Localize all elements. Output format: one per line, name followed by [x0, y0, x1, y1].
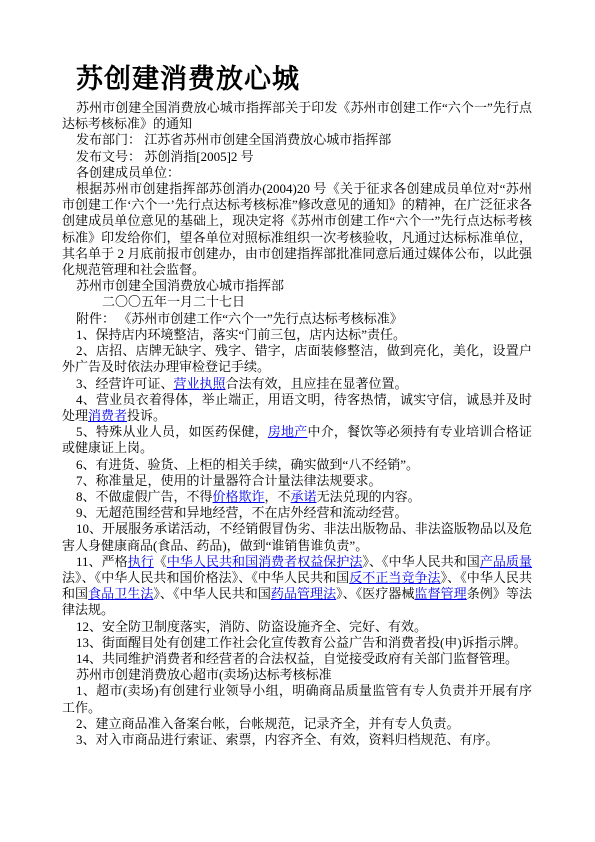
- paragraph: 3、对入市商品进行索证、索票，内容齐全、有效，资料归档规范、有序。: [62, 732, 532, 748]
- text-run: 12、安全防卫制度落实，消防、防盗设施齐全、完好、有效。: [76, 619, 427, 634]
- paragraph: 12、安全防卫制度落实，消防、防盗设施齐全、完好、有效。: [62, 619, 532, 635]
- paragraph: 苏州市创建全国消费放心城市指挥部: [62, 278, 532, 294]
- text-run: 发布部门： 江苏省苏州市创建全国消费放心城市指挥部: [76, 132, 391, 147]
- text-run: 根据苏州市创建指挥部苏创消办(2004)20 号《关于征求各创建成员单位对“苏州…: [62, 181, 532, 277]
- paragraph: 13、街面醒目处有创建工作社会化宣传教育公益广告和消费者投(申)诉指示牌。: [62, 635, 532, 651]
- text-run: ，不: [265, 489, 291, 504]
- text-run: 各创建成员单位：: [76, 165, 180, 180]
- text-run: 苏州市创建消费放心超市(卖场)达标考核标准: [76, 667, 332, 682]
- paragraph: 6、有进货、验货、上柜的相关手续，确实做到“八不经销”。: [62, 457, 532, 473]
- text-run: 发布文号： 苏创消指[2005]2 号: [76, 149, 254, 164]
- text-run: 《: [154, 554, 167, 569]
- page-title: 苏创建消费放心城: [62, 64, 532, 95]
- paragraph: 9、无超范围经营和异地经营，不在店外经营和流动经营。: [62, 505, 532, 521]
- inline-link[interactable]: 房地产: [268, 424, 308, 439]
- paragraph: 14、共同维护消费者和经营者的合法权益，自觉接受政府有关部门监督管理。: [62, 651, 532, 667]
- inline-link[interactable]: 食品卫生法: [88, 586, 153, 601]
- paragraph: 8、不做虚假广告，不得价格欺诈，不承诺无法兑现的内容。: [62, 489, 532, 505]
- text-run: 3、对入市商品进行索证、索票，内容齐全、有效，资料归档规范、有序。: [76, 732, 499, 747]
- paragraph: 苏州市创建消费放心超市(卖场)达标考核标准: [62, 667, 532, 683]
- paragraph: 11、严格执行《中华人民共和国消费者权益保护法》、《中华人民共和国产品质量法》、…: [62, 554, 532, 619]
- text-run: 2、店招、店牌无缺字、残字、错字，店面装修整洁，做到亮化，美化，设置户外广告及时…: [62, 343, 532, 374]
- text-run: 1、超市(卖场)有创建行业领导小组，明确商品质量监管有专人负责并开展有序工作。: [62, 683, 532, 714]
- inline-link[interactable]: 营业执照: [174, 376, 226, 391]
- text-run: 1、保持店内环境整洁，落实“门前三包，店内达标”责任。: [76, 327, 406, 342]
- text-run: 》、《中华人民共和国: [153, 586, 271, 601]
- paragraph: 10、开展服务承诺活动，不经销假冒伪劣、非法出版物品、非法盗版物品以及危害人身健…: [62, 521, 532, 553]
- paragraph: 附件： 《苏州市创建工作“六个一”先行点达标考核标准》: [62, 311, 532, 327]
- document-body: 苏州市创建全国消费放心城市指挥部关于印发《苏州市创建工作“六个一”先行点达标考核…: [62, 100, 532, 748]
- inline-link[interactable]: 监督管理: [415, 586, 467, 601]
- paragraph: 各创建成员单位：: [62, 165, 532, 181]
- text-run: 投诉。: [127, 408, 166, 423]
- text-run: 苏州市创建全国消费放心城市指挥部关于印发《苏州市创建工作“六个一”先行点达标考核…: [62, 100, 532, 131]
- text-run: 法》、《中华人民共和国价格法》、《中华人民共和国: [62, 570, 349, 585]
- text-run: 9、无超范围经营和异地经营，不在店外经营和流动经营。: [76, 505, 408, 520]
- text-run: 合法有效，且应挂在显著位置。: [226, 376, 408, 391]
- text-run: 13、街面醒目处有创建工作社会化宣传教育公益广告和消费者投(申)诉指示牌。: [76, 635, 527, 650]
- text-run: 》、《中华人民共和国: [362, 554, 479, 569]
- paragraph: 发布部门： 江苏省苏州市创建全国消费放心城市指挥部: [62, 132, 532, 148]
- text-run: 3、经营许可证、: [76, 376, 174, 391]
- inline-link[interactable]: 消费者: [88, 408, 127, 423]
- paragraph: 2、建立商品准入备案台帐，台帐规范，记录齐全，并有专人负责。: [62, 716, 532, 732]
- text-run: 》、《医疗器械: [336, 586, 414, 601]
- text-run: 10、开展服务承诺活动，不经销假冒伪劣、非法出版物品、非法盗版物品以及危害人身健…: [62, 521, 532, 552]
- paragraph: 4、营业员衣着得体，举止端正，用语文明，待客热情，诚实守信，诚恳并及时处理消费者…: [62, 392, 532, 424]
- text-run: 8、不做虚假广告，不得: [76, 489, 213, 504]
- paragraph: 苏州市创建全国消费放心城市指挥部关于印发《苏州市创建工作“六个一”先行点达标考核…: [62, 100, 532, 132]
- text-run: 6、有进货、验货、上柜的相关手续，确实做到“八不经销”。: [76, 457, 419, 472]
- text-run: 14、共同维护消费者和经营者的合法权益，自觉接受政府有关部门监督管理。: [76, 651, 518, 666]
- text-run: 7、称准量足，使用的计量器符合计量法律法规要求。: [76, 473, 382, 488]
- paragraph: 发布文号： 苏创消指[2005]2 号: [62, 149, 532, 165]
- paragraph: 1、保持店内环境整洁，落实“门前三包，店内达标”责任。: [62, 327, 532, 343]
- inline-link[interactable]: 承诺: [291, 489, 317, 504]
- paragraph: 5、特殊从业人员，如医药保健，房地产中介，餐饮等必须持有专业培训合格证或健康证上…: [62, 424, 532, 456]
- text-run: 苏州市创建全国消费放心城市指挥部: [76, 278, 284, 293]
- text-run: 2、建立商品准入备案台帐，台帐规范，记录齐全，并有专人负责。: [76, 716, 460, 731]
- paragraph: 根据苏州市创建指挥部苏创消办(2004)20 号《关于征求各创建成员单位对“苏州…: [62, 181, 532, 278]
- text-run: 无法兑现的内容。: [317, 489, 421, 504]
- text-run: 5、特殊从业人员，如医药保健，: [76, 424, 268, 439]
- inline-link[interactable]: 中华人民共和国消费者权益保护法: [167, 554, 363, 569]
- text-run: 11、严格: [76, 554, 128, 569]
- inline-link[interactable]: 产品质量: [480, 554, 532, 569]
- paragraph: 1、超市(卖场)有创建行业领导小组，明确商品质量监管有专人负责并开展有序工作。: [62, 683, 532, 715]
- inline-link[interactable]: 药品管理法: [271, 586, 336, 601]
- text-run: 二〇〇五年一月二十七日: [102, 294, 245, 309]
- paragraph: 3、经营许可证、营业执照合法有效，且应挂在显著位置。: [62, 376, 532, 392]
- inline-link[interactable]: 执行: [128, 554, 154, 569]
- paragraph: 二〇〇五年一月二十七日: [62, 294, 532, 310]
- text-run: 附件： 《苏州市创建工作“六个一”先行点达标考核标准》: [76, 311, 403, 326]
- inline-link[interactable]: 价格欺诈: [213, 489, 265, 504]
- paragraph: 2、店招、店牌无缺字、残字、错字，店面装修整洁，做到亮化，美化，设置户外广告及时…: [62, 343, 532, 375]
- paragraph: 7、称准量足，使用的计量器符合计量法律法规要求。: [62, 473, 532, 489]
- inline-link[interactable]: 反不正当竞争法: [349, 570, 440, 585]
- document-page: 苏创建消费放心城 苏州市创建全国消费放心城市指挥部关于印发《苏州市创建工作“六个…: [0, 0, 595, 842]
